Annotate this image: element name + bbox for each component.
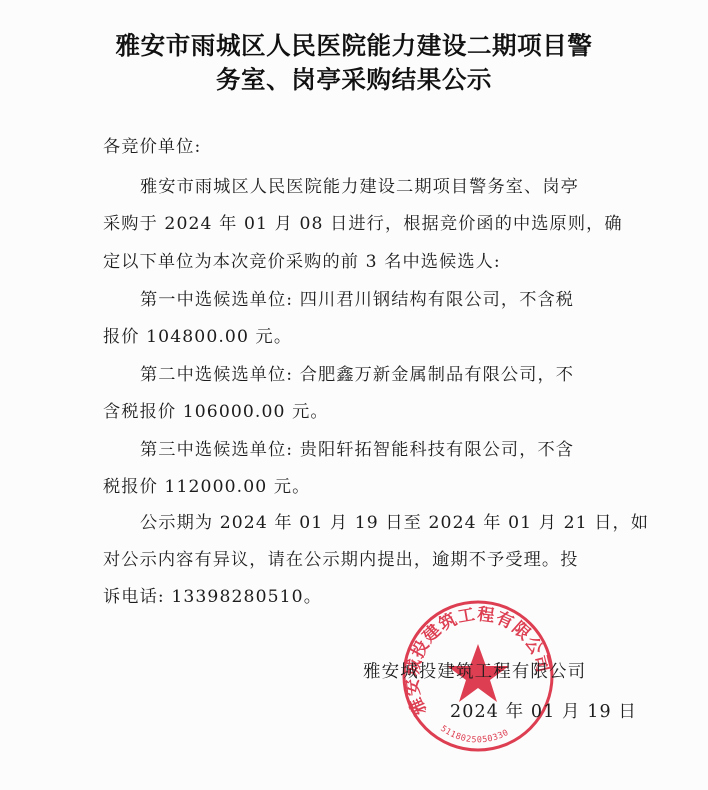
candidate-2-line: 第二中选候选单位: 合肥鑫万新金属制品有限公司，不 xyxy=(140,364,574,386)
signature-organization: 雅安城投建筑工程有限公司 xyxy=(363,661,586,683)
body-line: 雅安市雨城区人民医院能力建设二期项目警务室、岗亭 xyxy=(140,176,579,198)
publicity-period-line: 公示期为 2024 年 01 月 19 日至 2024 年 01 月 21 日，… xyxy=(140,512,649,534)
body-line: 定以下单位为本次竞价采购的前 3 名中选候选人: xyxy=(103,251,501,273)
candidate-2-price: 含税报价 106000.00 元。 xyxy=(103,401,329,423)
svg-text:5118025050330: 5118025050330 xyxy=(438,724,510,746)
document-title-line-2: 务室、岗亭采购结果公示 xyxy=(0,61,708,96)
objection-line: 对公示内容有异议，请在公示期内提出，逾期不予受理。投 xyxy=(103,549,578,571)
body-line: 采购于 2024 年 01 月 08 日进行，根据竞价函的中选原则，确 xyxy=(103,213,623,235)
candidate-1-line: 第一中选候选单位: 四川君川钢结构有限公司，不含税 xyxy=(140,289,574,311)
seal-number: 5118025050330 xyxy=(438,724,510,746)
signature-date: 2024 年 01 月 19 日 xyxy=(450,701,637,723)
salutation: 各竞价单位: xyxy=(103,136,201,158)
candidate-3-line: 第三中选候选单位: 贵阳轩拓智能科技有限公司，不含 xyxy=(140,439,574,461)
candidate-1-price: 报价 104800.00 元。 xyxy=(103,326,292,348)
document-title-line-1: 雅安市雨城区人民医院能力建设二期项目警 xyxy=(0,27,708,62)
document-page: 雅安市雨城区人民医院能力建设二期项目警 务室、岗亭采购结果公示 各竞价单位: 雅… xyxy=(0,0,708,790)
candidate-3-price: 税报价 112000.00 元。 xyxy=(103,476,310,498)
complaint-phone-line: 诉电话: 13398280510。 xyxy=(103,586,322,608)
